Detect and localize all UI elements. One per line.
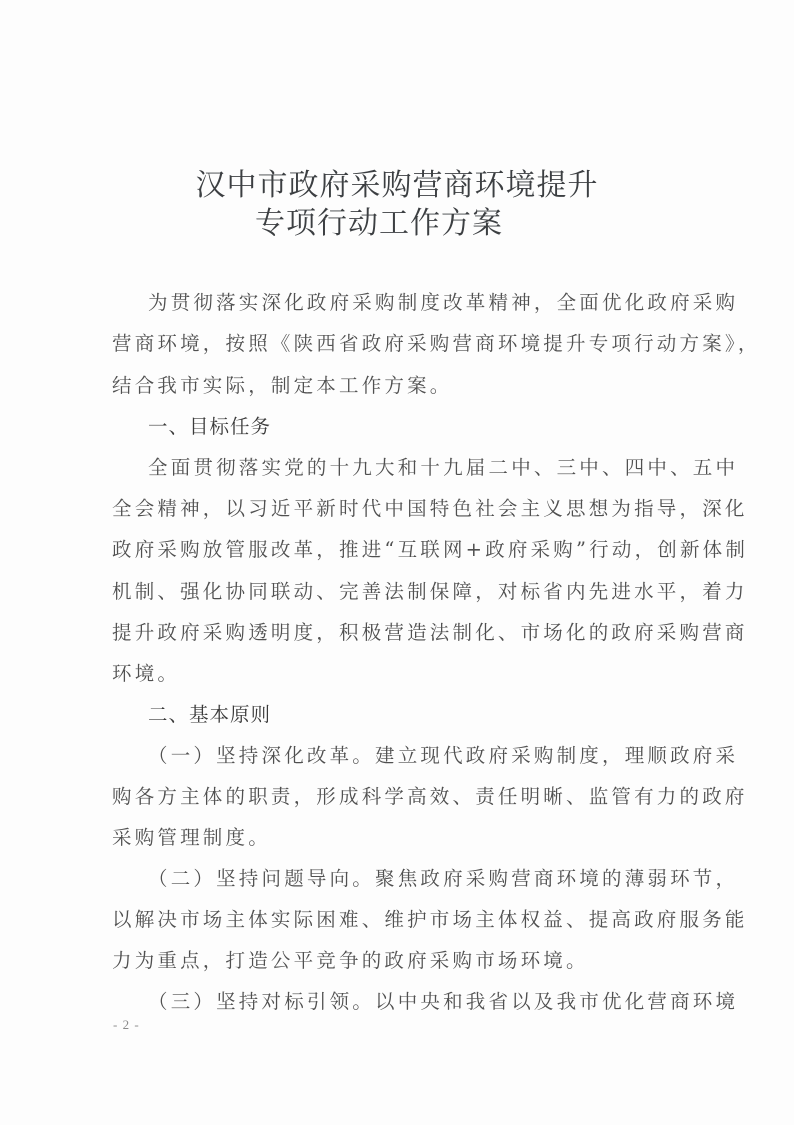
section1-line-3: 政府采购放管服改革，推进“互联网+政府采购”行动，创新体制	[112, 534, 748, 562]
section1-line-4: 机制、强化协同联动、完善法制保障，对标省内先进水平，着力	[112, 576, 748, 604]
section-heading-goals: 一、目标任务	[148, 411, 271, 439]
section1-line-5: 提升政府采购透明度，积极营造法制化、市场化的政府采购营商	[112, 617, 748, 645]
section1-line-1: 全面贯彻落实党的十九大和十九届二中、三中、四中、五中	[148, 452, 738, 480]
principle-1-line-1: （一）坚持深化改革。建立现代政府采购制度，理顺政府采	[148, 740, 738, 768]
principle-3-line-1: （三）坚持对标引领。以中央和我省以及我市优化营商环境	[148, 986, 738, 1014]
section1-line-6: 环境。	[112, 658, 180, 686]
document-page: 汉中市政府采购营商环境提升 专项行动工作方案 为贯彻落实深化政府采购制度改革精神…	[0, 0, 794, 1125]
page-number: - 2 -	[113, 1017, 140, 1033]
intro-line-3: 结合我市实际，制定本工作方案。	[112, 370, 453, 398]
principle-1-line-3: 采购管理制度。	[112, 822, 271, 850]
principle-2-line-1: （二）坚持问题导向。聚焦政府采购营商环境的薄弱环节，	[148, 863, 738, 891]
principle-2-line-2: 以解决市场主体实际困难、维护市场主体权益、提高政府服务能	[112, 904, 748, 932]
document-title-line-2: 专项行动工作方案	[0, 198, 776, 242]
intro-line-1: 为贯彻落实深化政府采购制度改革精神，全面优化政府采购	[148, 287, 738, 315]
principle-2-line-3: 力为重点，打造公平竞争的政府采购市场环境。	[112, 945, 589, 973]
principle-1-line-2: 购各方主体的职责，形成科学高效、责任明晰、监管有力的政府	[112, 781, 748, 809]
intro-line-2: 营商环境，按照《陕西省政府采购营商环境提升专项行动方案》，	[112, 328, 761, 356]
section1-line-2: 全会精神，以习近平新时代中国特色社会主义思想为指导，深化	[112, 493, 748, 521]
section-heading-principles: 二、基本原则	[148, 699, 271, 727]
